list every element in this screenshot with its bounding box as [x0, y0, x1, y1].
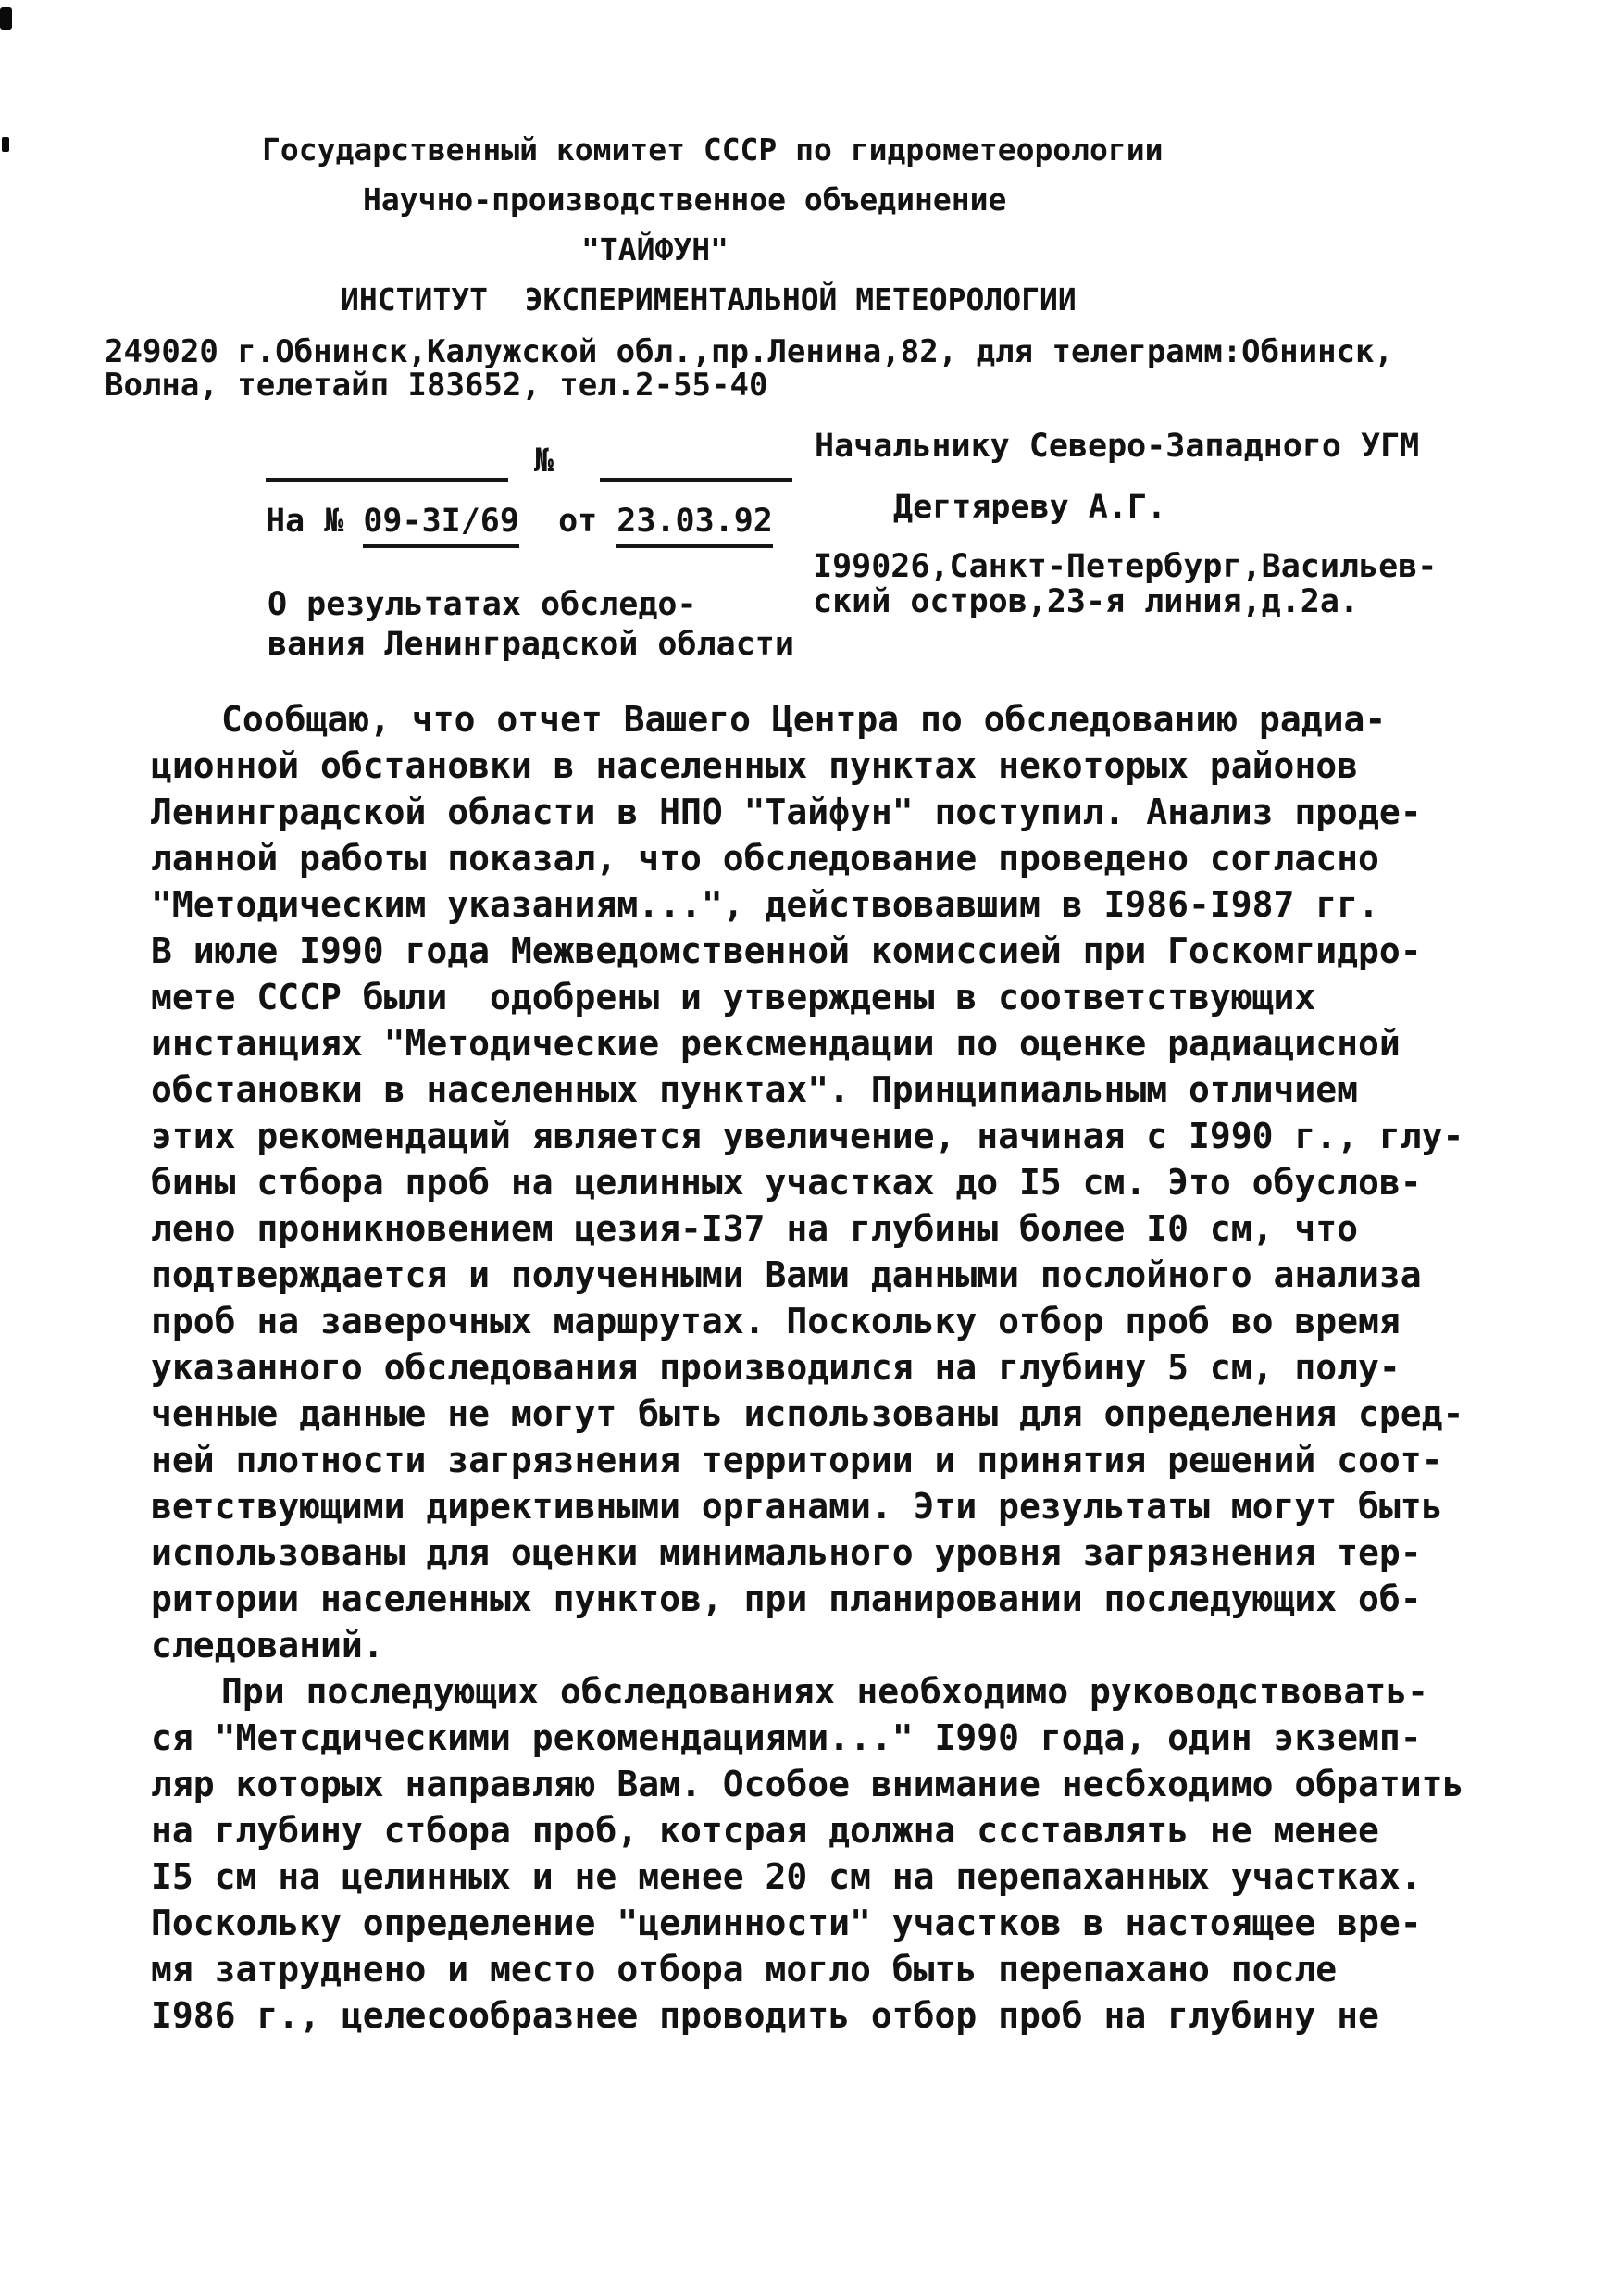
- text-line: ченные данные не могут быть использованы…: [151, 1391, 1539, 1437]
- sender-address-line-2: Волна, телетайп I83652, тел.2-55-40: [105, 367, 767, 404]
- text-line: лено проникновением цезия-I37 на глубины…: [151, 1205, 1539, 1252]
- text-line: инстанциях "Методические рексмендации по…: [151, 1020, 1539, 1067]
- text-line: ветствующими директивными органами. Эти …: [151, 1483, 1539, 1529]
- text-line: обстановки в населенных пунктах". Принци…: [151, 1067, 1539, 1113]
- recipient-address-line-2: ский остров,23-я линия,д.2а.: [813, 583, 1359, 620]
- text-line: "Методическим указаниям...", действовавш…: [151, 881, 1539, 928]
- sender-address-line-1: 249020 г.Обнинск,Калужской обл.,пр.Ленин…: [105, 333, 1393, 370]
- text-line: указанного обследования производился на …: [151, 1344, 1539, 1391]
- org-name-line-1: Государственный комитет СССР по гидромет…: [262, 131, 1164, 168]
- text-line: ланной работы показал, что обследование …: [151, 835, 1539, 881]
- reply-prefix: На №: [266, 503, 363, 540]
- outgoing-date-blank: [600, 478, 792, 482]
- org-name-line-2: Научно-производственное объединение: [363, 181, 1006, 218]
- text-line: использованы для оценки минимального уро…: [151, 1529, 1539, 1576]
- text-line: ней плотности загрязнения территории и п…: [151, 1437, 1539, 1483]
- reply-number: 09-3I/69: [363, 503, 519, 548]
- subject-line-1: О результатах обследо-: [268, 586, 697, 623]
- text-line: на глубину стбора проб, котсрая должна с…: [151, 1807, 1539, 1853]
- text-line: подтверждается и полученными Вами данным…: [151, 1252, 1539, 1298]
- text-line: ляр которых направляю Вам. Особое вниман…: [151, 1761, 1539, 1807]
- text-line: бины стбора проб на целинных участках до…: [151, 1159, 1539, 1205]
- reply-date: 23.03.92: [616, 503, 773, 548]
- letter-body: Сообщаю, что отчет Вашего Центра по обсл…: [151, 696, 1539, 2039]
- text-line: Сообщаю, что отчет Вашего Центра по обсл…: [151, 696, 1539, 742]
- text-line: мя затруднено и место отбора могло быть …: [151, 1946, 1539, 1992]
- outgoing-number-blank: [266, 478, 508, 482]
- text-line: ся "Метсдическими рекомендациями..." I99…: [151, 1715, 1539, 1761]
- recipient-title: Начальнику Северо-Западного УГМ: [815, 428, 1419, 465]
- subject-line-2: вания Ленинградской области: [268, 626, 794, 663]
- text-line: При последующих обследованиях необходимо…: [151, 1668, 1539, 1715]
- text-line: Ленинградской области в НПО "Тайфун" пос…: [151, 789, 1539, 835]
- text-line: I986 г., целесообразнее проводить отбор …: [151, 1992, 1539, 2039]
- reply-reference-line: На № 09-3I/69 от 23.03.92: [266, 503, 773, 540]
- text-line: ционной обстановки в населенных пунктах …: [151, 742, 1539, 789]
- scan-artifact: [2, 137, 9, 152]
- text-line: Поскольку определение "целинности" участ…: [151, 1900, 1539, 1946]
- date-label: от: [519, 503, 616, 540]
- text-line: этих рекомендаций является увеличение, н…: [151, 1113, 1539, 1159]
- scanned-letter-page: Государственный комитет СССР по гидромет…: [0, 0, 1619, 2296]
- text-line: мете СССР были одобрены и утверждены в с…: [151, 974, 1539, 1020]
- text-line: В июле I990 года Межведомственной комисс…: [151, 928, 1539, 974]
- recipient-address-line-1: I99026,Санкт-Петербург,Васильев-: [813, 548, 1437, 585]
- org-name-typhoon: "ТАЙФУН": [581, 231, 729, 268]
- text-line: I5 см на целинных и не менее 20 см на пе…: [151, 1853, 1539, 1900]
- institute-name: ИНСТИТУТ ЭКСПЕРИМЕНТАЛЬНОЙ МЕТЕОРОЛОГИИ: [341, 281, 1077, 318]
- text-line: следований.: [151, 1622, 1539, 1668]
- recipient-name: Дегтяреву А.Г.: [893, 489, 1166, 526]
- number-sign: №: [534, 443, 554, 480]
- scan-artifact: [0, 7, 12, 30]
- text-line: ритории населенных пунктов, при планиров…: [151, 1576, 1539, 1622]
- text-line: проб на заверочных маршрутах. Поскольку …: [151, 1298, 1539, 1344]
